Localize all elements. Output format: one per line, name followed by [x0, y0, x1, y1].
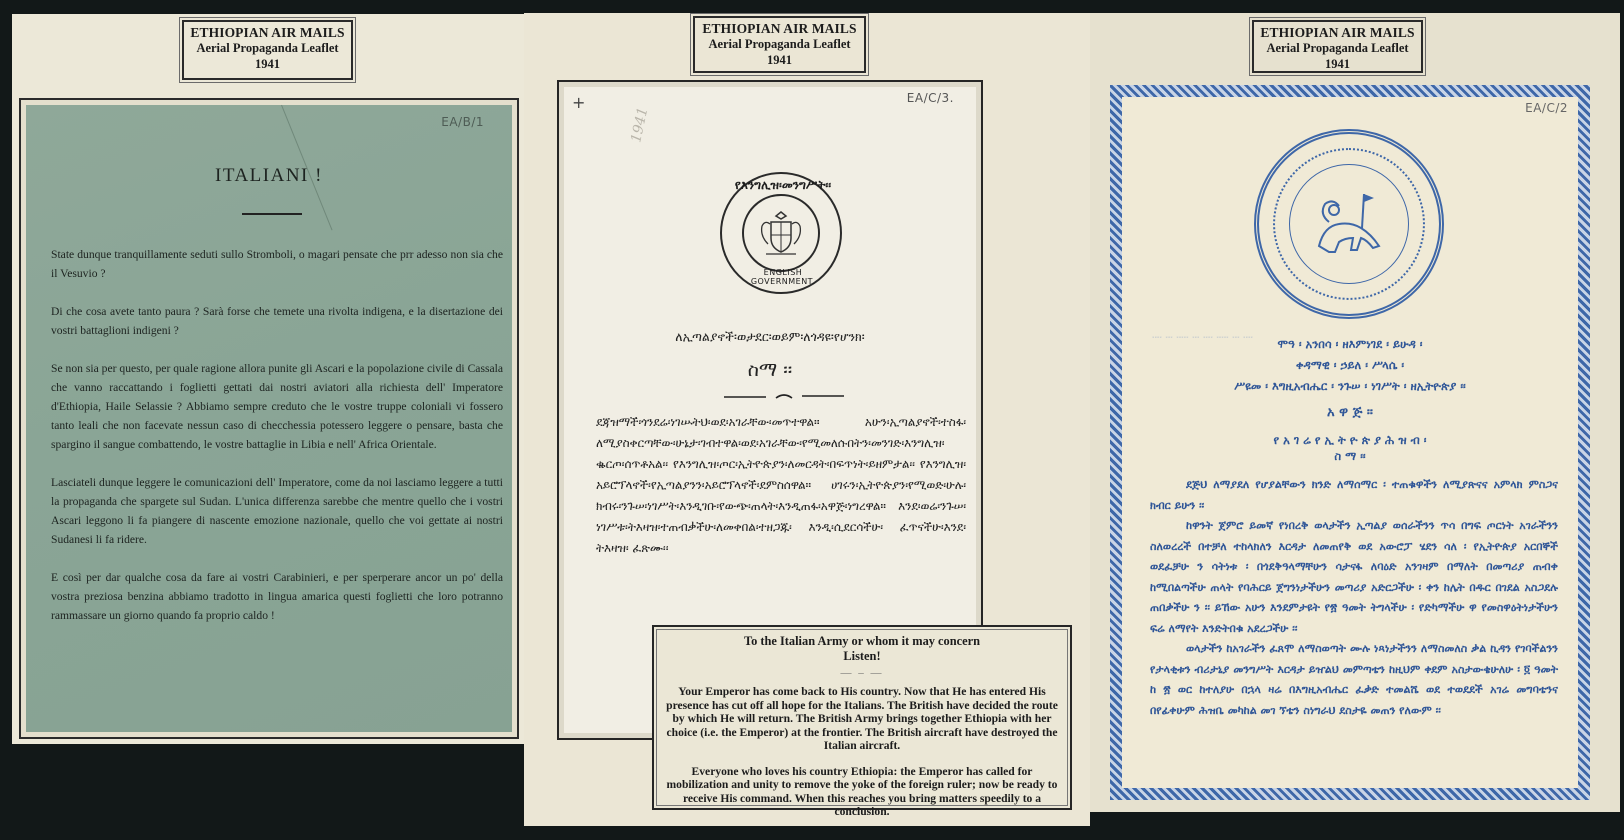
- proclamation-title-line: ቀዳማዊ ፡ ኃይለ ፡ ሥላሴ ፡: [1122, 358, 1578, 373]
- body-paragraph: ከዋንት ጀምሮ ይመኛ የነበረቅ ወላታችን ኢጣልያ ወሰራችንን ጥሳ …: [1150, 516, 1558, 639]
- amharic-body: ደጃዝማች፡ጎንደሬ፡ነገሡትህ፡ወደ፡አገራቸው፡መጥተዋል። አሁን፡ኢጣል…: [596, 412, 966, 559]
- imperial-lion-seal: [1254, 129, 1444, 319]
- leaflet-body: State dunque tranquillamente seduti sull…: [51, 245, 503, 625]
- lion-of-judah-icon: [1289, 164, 1409, 284]
- header-year: 1941: [190, 57, 345, 72]
- proclamation-listen: ስ ማ ፡፡: [1122, 449, 1578, 464]
- catalog-ref: EA/C/2: [1525, 101, 1568, 115]
- header-year: 1941: [1260, 57, 1415, 72]
- catalog-ref: EA/C/3.: [907, 91, 954, 105]
- header-title: ETHIOPIAN AIR MAILS: [701, 21, 858, 37]
- proclamation-title-line: ሞዓ ፡ አንበሳ ፡ ዘእምነገደ ፡ ይሁዳ ፡: [1122, 337, 1578, 352]
- proclamation-heading: አ ዋ ጅ ፡፡: [1122, 405, 1578, 420]
- header-label: ETHIOPIAN AIR MAILS Aerial Propaganda Le…: [1252, 20, 1423, 73]
- album-page-italian-leaflet: ETHIOPIAN AIR MAILS Aerial Propaganda Le…: [12, 14, 524, 744]
- seal-amharic-text: የእንግሊዝ፡መንግሥት፡፡: [728, 178, 838, 193]
- header-title: ETHIOPIAN AIR MAILS: [1260, 25, 1415, 41]
- translation-paragraph: Your Emperor has come back to His countr…: [664, 685, 1060, 753]
- translation-title: To the Italian Army or whom it may conce…: [664, 634, 1060, 649]
- header-label: ETHIOPIAN AIR MAILS Aerial Propaganda Le…: [182, 20, 353, 80]
- paragraph: State dunque tranquillamente seduti sull…: [51, 245, 503, 283]
- album-page-english-government-leaflet: ETHIOPIAN AIR MAILS Aerial Propaganda Le…: [524, 13, 1090, 826]
- proclamation-title-line: ሥዩመ ፡ እግዚአብሔር ፡ ንጉሠ ፡ ነገሥት ፡ ዘኢትዮጵያ ፡፡: [1122, 379, 1578, 394]
- italian-leaflet: EA/B/1 ITALIANI ! State dunque tranquill…: [26, 105, 512, 732]
- seal-english-text: ENGLISH GOVERNMENT.: [732, 268, 834, 286]
- title-rule: [242, 213, 302, 215]
- english-translation-card: To the Italian Army or whom it may conce…: [652, 625, 1072, 810]
- proclamation-body: ደጅህ ለማያደለ የሆያልቸውን ክንድ ለማሰማር ፡ ተጠቁዋችን ለሚያ…: [1150, 475, 1558, 721]
- header-label: ETHIOPIAN AIR MAILS Aerial Propaganda Le…: [693, 16, 866, 73]
- leaflet-frame: EA/B/1 ITALIANI ! State dunque tranquill…: [19, 98, 519, 739]
- album-page-emperor-proclamation: ETHIOPIAN AIR MAILS Aerial Propaganda Le…: [1090, 13, 1620, 812]
- header-year: 1941: [701, 53, 858, 68]
- registration-cross-icon: +: [572, 93, 585, 112]
- header-subtitle: Aerial Propaganda Leaflet: [190, 41, 345, 56]
- english-government-seal: የእንግሊዝ፡መንግሥት፡፡ ENGLISH GOVERNMENT.: [720, 172, 842, 294]
- catalog-ref: EA/B/1: [441, 115, 484, 129]
- header-subtitle: Aerial Propaganda Leaflet: [1260, 41, 1415, 56]
- body-paragraph: ወላታችን ከአገራችን ፈጸሞ ለማስወጣት ሙሉ ነጻነታችንን ለማስመለ…: [1150, 639, 1558, 721]
- body-paragraph: ደጅህ ለማያደለ የሆያልቸውን ክንድ ለማሰማር ፡ ተጠቁዋችን ለሚያ…: [1150, 475, 1558, 516]
- leaflet-listen: ስማ ፡፡: [564, 359, 976, 381]
- proclamation-leaflet: EA/C/2 ᎐᎐᎐᎐ ᎐᎐᎐ ᎐᎐᎐᎐᎐ ᎐᎐᎐ ᎐᎐᎐᎐ ᎐᎐᎐᎐᎐ ᎐᎐᎐…: [1110, 85, 1590, 800]
- leaflet-address: ለኢጣልያኖች፡ወታደር፡ወይም፡ለጎዳዩ፡የሆንክ፡: [564, 329, 976, 345]
- paragraph: Lasciateli dunque leggere le comunicazio…: [51, 473, 503, 549]
- translation-paragraph: Everyone who loves his country Ethiopia:…: [664, 765, 1060, 819]
- paragraph: Se non sia per questo, per quale ragione…: [51, 359, 503, 454]
- paragraph: Di che cosa avete tanto paura ? Sarà for…: [51, 302, 503, 340]
- translation-subtitle: Listen!: [664, 649, 1060, 664]
- flourish-divider: [724, 392, 844, 400]
- royal-coat-of-arms-icon: [742, 194, 820, 272]
- pencil-note: 1941: [628, 106, 651, 144]
- proclamation-address: የ አ ገ ሬ የ ኢ ት ዮ ጵ ያ ሕ ዝ ብ ፡: [1122, 433, 1578, 448]
- translation-separator: — – —: [664, 667, 1060, 679]
- header-title: ETHIOPIAN AIR MAILS: [190, 25, 345, 41]
- leaflet-title: ITALIANI !: [26, 165, 512, 187]
- paragraph: E così per dar qualche cosa da fare ai v…: [51, 568, 503, 625]
- header-subtitle: Aerial Propaganda Leaflet: [701, 37, 858, 52]
